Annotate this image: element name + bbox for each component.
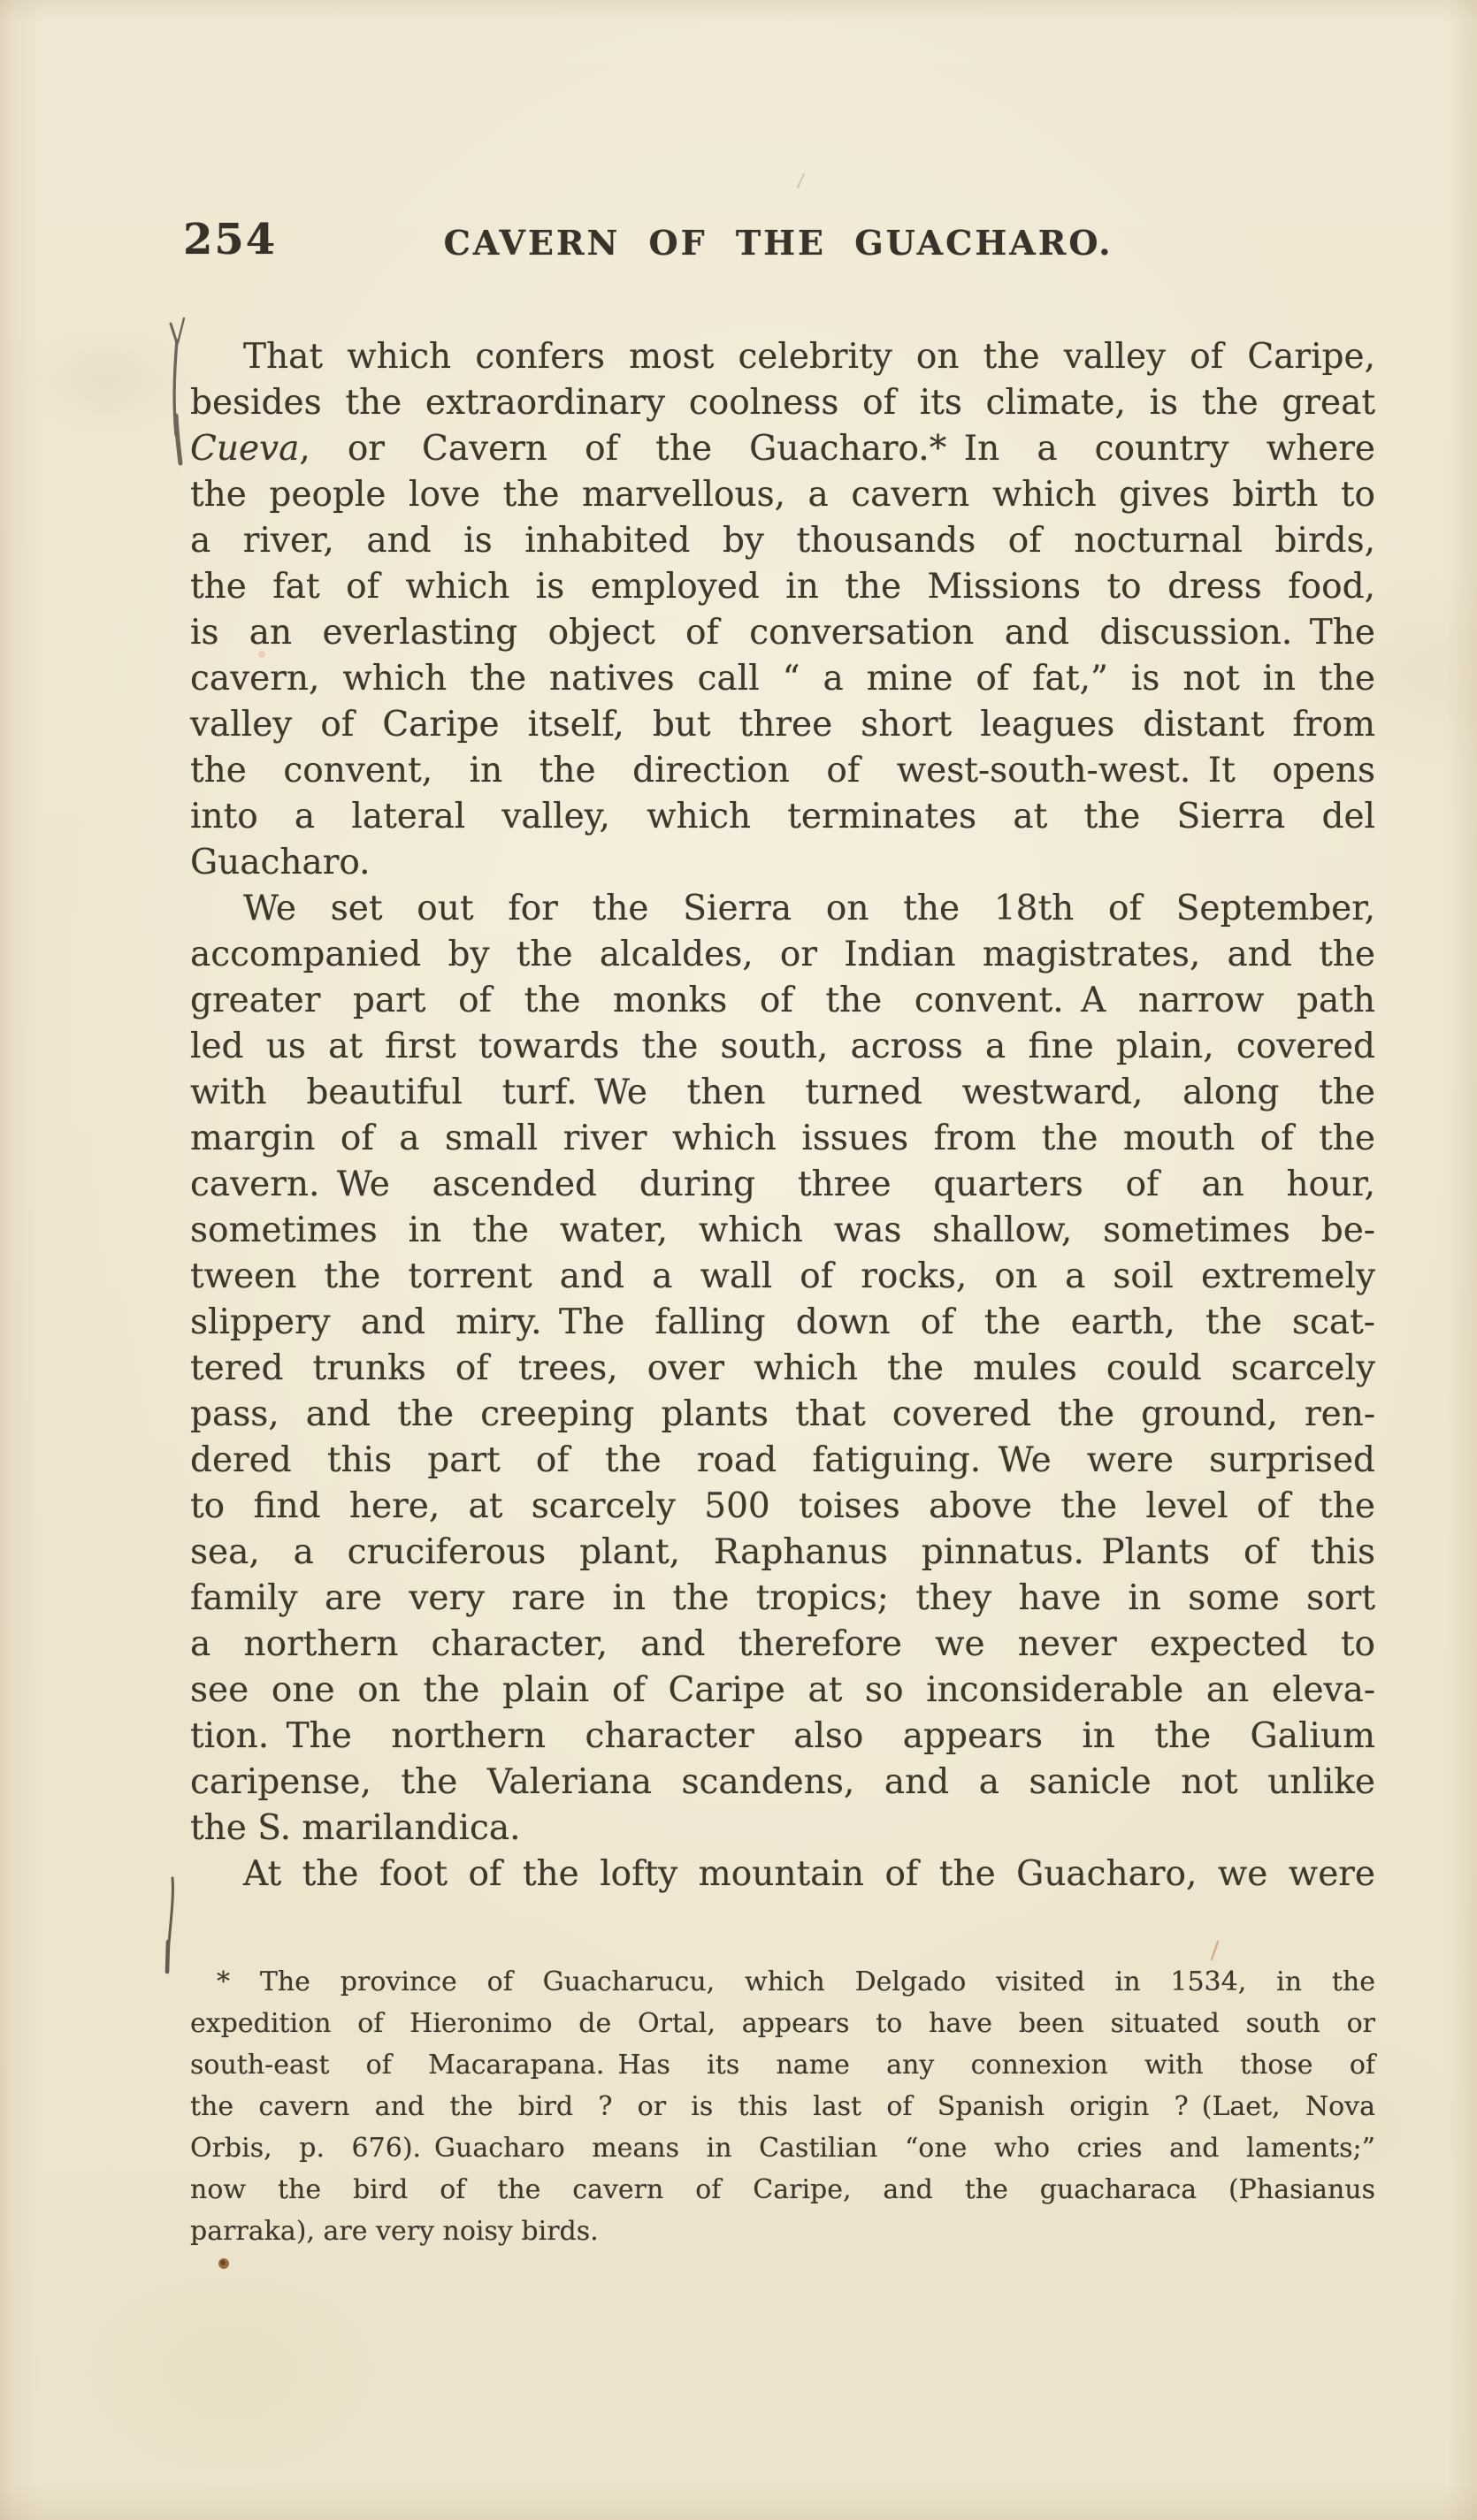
text-run: * The province of Guacharucu, which Delg…: [217, 1966, 1375, 1997]
text-line: into a lateral valley, which terminates …: [190, 794, 1375, 840]
text-line: besides the extraordinary coolness of it…: [190, 380, 1375, 426]
text-line: accompanied by the alcaldes, or Indian m…: [190, 932, 1375, 978]
text-line: the cavern and the bird ? or is this las…: [190, 2086, 1375, 2127]
text-line: cavern, which the natives call “ a mine …: [190, 656, 1375, 702]
italic-text-run: Cueva: [190, 429, 299, 469]
text-run: parraka), are very noisy birds.: [190, 2216, 599, 2247]
text-run: the people love the marvellous, a cavern…: [190, 475, 1375, 515]
text-line: valley of Caripe itself, but three short…: [190, 702, 1375, 748]
paragraph: We set out for the Sierra on the 18th of…: [190, 886, 1375, 1852]
text-line: the people love the marvellous, a cavern…: [190, 472, 1375, 518]
text-run: pass, and the creeping plants that cover…: [190, 1394, 1375, 1434]
text-run: accompanied by the alcaldes, or Indian m…: [190, 935, 1375, 974]
text-line: a northern character, and therefore we n…: [190, 1622, 1375, 1668]
text-run: the convent, in the direction of west-so…: [190, 751, 1375, 790]
text-line: the S. marilandica.: [190, 1806, 1375, 1852]
text-run: greater part of the monks of the convent…: [190, 981, 1375, 1020]
text-run: the cavern and the bird ? or is this las…: [190, 2091, 1375, 2122]
paragraph: That which confers most celebrity on the…: [190, 334, 1375, 886]
text-line: see one on the plain of Caripe at so inc…: [190, 1668, 1375, 1714]
text-run: led us at first towards the south, acros…: [190, 1027, 1375, 1066]
text-line: expedition of Hieronimo de Ortal, appear…: [190, 2003, 1375, 2044]
text-line: Orbis, p. 676). Guacharo means in Castil…: [190, 2127, 1375, 2169]
text-line: with beautiful turf. We then turned west…: [190, 1070, 1375, 1116]
text-line: tion. The northern character also appear…: [190, 1714, 1375, 1760]
text-line: sea, a cruciferous plant, Raphanus pinna…: [190, 1530, 1375, 1576]
body-text: That which confers most celebrity on the…: [190, 334, 1375, 1898]
text-line: the fat of which is employed in the Miss…: [190, 564, 1375, 610]
text-run: We set out for the Sierra on the 18th of…: [243, 889, 1375, 928]
text-line: That which confers most celebrity on the…: [190, 334, 1375, 380]
text-run: family are very rare in the tropics; the…: [190, 1578, 1375, 1618]
text-line: Guacharo.: [190, 840, 1375, 886]
text-run: a river, and is inhabited by thousands o…: [190, 521, 1375, 561]
text-line: the convent, in the direction of west-so…: [190, 748, 1375, 794]
text-run: That which confers most celebrity on the…: [243, 337, 1375, 377]
text-run: dered this part of the road fatiguing. W…: [190, 1440, 1375, 1480]
text-run: Guacharo.: [190, 843, 371, 882]
text-line: now the bird of the cavern of Caripe, an…: [190, 2169, 1375, 2211]
text-run: the S. marilandica.: [190, 1808, 521, 1848]
text-run: margin of a small river which issues fro…: [190, 1119, 1375, 1158]
running-head: CAVERN OF THE GUACHARO.: [181, 225, 1375, 261]
text-run: valley of Caripe itself, but three short…: [190, 705, 1375, 745]
text-line: tered trunks of trees, over which the mu…: [190, 1346, 1375, 1392]
text-line: Cueva, or Cavern of the Guacharo.* In a …: [190, 426, 1375, 472]
text-line: slippery and miry. The falling down of t…: [190, 1300, 1375, 1346]
text-run: see one on the plain of Caripe at so inc…: [190, 1670, 1375, 1710]
text-run: cavern, which the natives call “ a mine …: [190, 659, 1375, 699]
text-run: tion. The northern character also appear…: [190, 1716, 1375, 1756]
text-line: a river, and is inhabited by thousands o…: [190, 518, 1375, 564]
text-line: south-east of Macarapana. Has its name a…: [190, 2044, 1375, 2086]
paragraph: At the foot of the lofty mountain of the…: [190, 1852, 1375, 1898]
page-header: 254 CAVERN OF THE GUACHARO.: [181, 215, 1375, 268]
text-line: We set out for the Sierra on the 18th of…: [190, 886, 1375, 932]
text-line: cavern. We ascended during three quarter…: [190, 1162, 1375, 1208]
text-run: the fat of which is employed in the Miss…: [190, 567, 1375, 607]
text-run: , or Cavern of the Guacharo.* In a count…: [299, 429, 1375, 469]
text-run: cavern. We ascended during three quarter…: [190, 1165, 1375, 1204]
footnote-text: * The province of Guacharucu, which Delg…: [190, 1961, 1375, 2252]
text-line: sometimes in the water, which was shallo…: [190, 1208, 1375, 1254]
text-line: dered this part of the road fatiguing. W…: [190, 1438, 1375, 1484]
text-line: is an everlasting object of conversation…: [190, 610, 1375, 656]
text-run: besides the extraordinary coolness of it…: [190, 383, 1375, 423]
text-line: tween the torrent and a wall of rocks, o…: [190, 1254, 1375, 1300]
text-line: greater part of the monks of the convent…: [190, 978, 1375, 1024]
text-run: south-east of Macarapana. Has its name a…: [190, 2050, 1375, 2081]
text-line: At the foot of the lofty mountain of the…: [190, 1852, 1375, 1898]
text-run: a northern character, and therefore we n…: [190, 1624, 1375, 1664]
text-run: sea, a cruciferous plant, Raphanus pinna…: [190, 1532, 1375, 1572]
text-run: sometimes in the water, which was shallo…: [190, 1210, 1375, 1250]
text-run: into a lateral valley, which terminates …: [190, 797, 1375, 836]
text-line: margin of a small river which issues fro…: [190, 1116, 1375, 1162]
text-run: with beautiful turf. We then turned west…: [190, 1073, 1375, 1112]
text-run: tween the torrent and a wall of rocks, o…: [190, 1256, 1375, 1296]
text-line: led us at first towards the south, acros…: [190, 1024, 1375, 1070]
text-line: parraka), are very noisy birds.: [190, 2211, 1375, 2252]
text-run: caripense, the Valeriana scandens, and a…: [190, 1762, 1375, 1802]
text-run: is an everlasting object of conversation…: [190, 613, 1375, 653]
text-run: to find here, at scarcely 500 toises abo…: [190, 1486, 1375, 1526]
text-run: Orbis, p. 676). Guacharo means in Castil…: [190, 2133, 1375, 2164]
text-run: slippery and miry. The falling down of t…: [190, 1302, 1375, 1342]
text-run: At the foot of the lofty mountain of the…: [243, 1854, 1375, 1894]
text-line: * The province of Guacharucu, which Delg…: [190, 1961, 1375, 2003]
text-line: family are very rare in the tropics; the…: [190, 1576, 1375, 1622]
text-line: pass, and the creeping plants that cover…: [190, 1392, 1375, 1438]
text-run: expedition of Hieronimo de Ortal, appear…: [190, 2008, 1375, 2039]
text-line: caripense, the Valeriana scandens, and a…: [190, 1760, 1375, 1806]
text-run: now the bird of the cavern of Caripe, an…: [190, 2174, 1375, 2205]
text-line: to find here, at scarcely 500 toises abo…: [190, 1484, 1375, 1530]
text-run: tered trunks of trees, over which the mu…: [190, 1348, 1375, 1388]
